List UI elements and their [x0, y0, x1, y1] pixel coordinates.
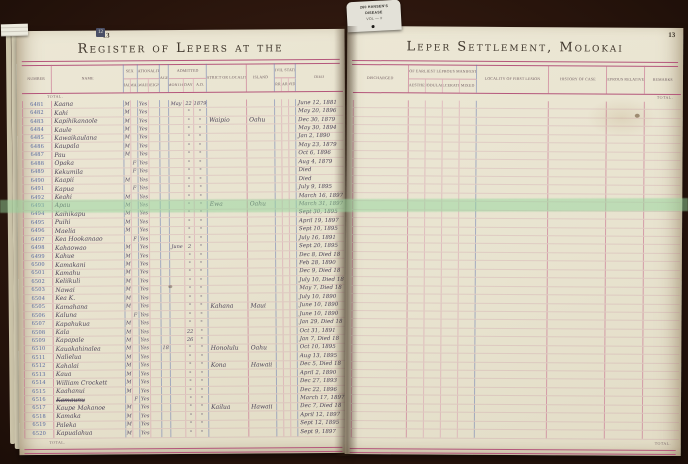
nationality-foreigner: [150, 176, 161, 184]
admitted-day: ": [184, 134, 194, 142]
empty-cell: [643, 372, 679, 380]
age-entry: [160, 159, 169, 167]
age-entry: [160, 134, 169, 142]
name-entry-text: Kapualahua: [56, 430, 92, 437]
empty-cell: [459, 236, 476, 244]
empty-cell: [407, 328, 424, 336]
header-text: Nodular: [426, 84, 443, 88]
admitted-day: ": [185, 277, 195, 285]
admitted-day-text: ": [189, 320, 191, 326]
civil-married: [277, 420, 284, 427]
admitted-year: ": [195, 243, 208, 251]
civil-wid: [291, 386, 298, 393]
died-entry-text: Sept 10, 1895: [299, 226, 338, 232]
admitted-year: ": [196, 345, 209, 353]
header-cell: Number: [22, 65, 52, 93]
name-entry-text: Kaua: [56, 371, 72, 378]
register-number-text: 6519: [32, 422, 46, 428]
civil-wid: [291, 420, 298, 427]
empty-cell: [458, 388, 475, 396]
civil-wid: [290, 209, 297, 216]
empty-cell: [476, 177, 548, 185]
header-subcell: A.D.: [194, 79, 207, 92]
died-entry-text: July 10, Died 18: [299, 277, 344, 283]
sex-male-mark-text: M: [126, 278, 131, 284]
age-entry: [162, 404, 171, 412]
register-number: 6517: [24, 405, 54, 413]
empty-cell: [460, 134, 477, 142]
sex-male-mark-text: M: [125, 245, 130, 251]
civil-married: [276, 209, 283, 216]
sex-female-mark-text: F: [133, 160, 137, 166]
empty-cell: [548, 262, 606, 270]
admitted-day-text: ": [189, 303, 191, 309]
admitted-day-text: ": [187, 109, 189, 115]
died-entry-text: Sept 30, 1895: [299, 209, 338, 215]
empty-cell: [351, 345, 407, 353]
sex-male-mark-text: M: [126, 270, 131, 276]
admitted-month: [170, 286, 185, 294]
name-entry: Kapihikanaole: [52, 117, 124, 125]
civil-unmarried: [284, 411, 291, 418]
admitted-day: ": [185, 269, 195, 277]
header-cell: Leprous Relatives: [607, 66, 645, 94]
empty-cell: [442, 193, 459, 201]
empty-cell: [407, 421, 424, 429]
admitted-year: 1879: [194, 100, 207, 108]
sex-male-mark: M: [125, 193, 132, 200]
admitted-day-text: ": [189, 388, 191, 394]
admitted-year-text: ": [199, 134, 201, 140]
civil-unmarried: [282, 125, 289, 132]
island-entry: [248, 217, 276, 225]
age-entry: [161, 210, 170, 218]
empty-cell: [407, 353, 424, 361]
header-cell: District or Locality: [207, 64, 247, 92]
register-number-text: 6500: [31, 262, 45, 268]
admitted-day: ": [186, 387, 196, 395]
nationality-foreigner: [149, 134, 160, 142]
header-text: History of Case: [560, 77, 596, 81]
empty-cell: [606, 161, 644, 169]
empty-cell: [643, 389, 679, 397]
district-entry: [208, 218, 248, 226]
nationality-hawaiian: Yes: [140, 421, 151, 429]
empty-cell: [548, 169, 606, 177]
empty-cell: [458, 320, 475, 328]
empty-cell: [548, 312, 606, 320]
empty-cell: [606, 228, 644, 236]
island-entry: [248, 310, 276, 318]
name-entry-text: Kahue: [55, 253, 74, 260]
civil-married: [276, 302, 283, 309]
sex-male-mark: [124, 168, 131, 175]
island-entry: [248, 260, 276, 268]
empty-cell: [606, 194, 644, 202]
civil-wid: [290, 200, 297, 207]
admitted-year-text: ": [199, 151, 201, 157]
sex-male-mark-text: M: [125, 177, 130, 183]
district-entry: [208, 175, 248, 183]
civil-wid: [290, 260, 297, 267]
admitted-year: ": [196, 404, 209, 412]
died-entry-text: April 12, 1897: [300, 412, 340, 418]
empty-cell: [425, 252, 442, 260]
empty-cell: [441, 337, 458, 345]
empty-cell: [606, 262, 644, 270]
name-entry-text: Kapahukua: [56, 320, 90, 327]
district-entry: Honolulu: [209, 344, 249, 352]
admitted-year-text: ": [199, 126, 201, 132]
civil-unmarried: [284, 395, 291, 402]
name-entry-text: Kea Hookanaao: [55, 236, 103, 243]
sex-male-mark: M: [126, 328, 133, 335]
civil-married: [275, 99, 282, 106]
island-entry: [249, 412, 277, 420]
island-entry: Oahu: [248, 201, 276, 209]
empty-cell: [644, 220, 680, 228]
nationality-hawaiian: Yes: [139, 294, 150, 302]
admitted-day-text: ": [189, 396, 191, 402]
empty-cell: [645, 119, 681, 127]
nationality-foreigner: [150, 286, 161, 294]
edge-label-sticker: [1, 24, 28, 37]
civil-married: [277, 336, 284, 343]
empty-cell: [443, 109, 460, 117]
empty-cell: [424, 362, 441, 370]
admitted-day: ": [186, 370, 196, 378]
nationality-hawaiian: Yes: [138, 126, 149, 134]
empty-cell: [408, 168, 425, 176]
nationality-hawaiian: Yes: [140, 320, 151, 328]
edge-page-number: 12: [96, 28, 105, 37]
name-entry: Kaupe Makanoe: [54, 404, 126, 412]
empty-cell: [476, 185, 548, 193]
register-number: 6503: [23, 287, 53, 295]
civil-married: [275, 125, 282, 132]
empty-cell: [644, 313, 680, 321]
died-entry: June 10, 1890: [297, 310, 344, 318]
admitted-day-text: ": [189, 371, 191, 377]
empty-cell: [475, 379, 547, 387]
register-number: 6519: [24, 422, 54, 430]
civil-unmarried: [282, 116, 289, 123]
empty-cell: [351, 412, 407, 420]
sex-female-mark: [131, 109, 138, 116]
civil-unmarried: [284, 352, 291, 359]
district-entry: [209, 429, 249, 437]
died-entry-text: Aug 13, 1895: [300, 353, 337, 359]
age-entry: [161, 227, 170, 235]
empty-cell: [443, 134, 460, 142]
island-entry-text: Oahu: [251, 344, 267, 351]
empty-cell: [441, 413, 458, 421]
civil-wid: [290, 310, 297, 317]
empty-cell: [458, 404, 475, 412]
name-entry: Kahalai: [54, 362, 126, 370]
nationality-hawaiian-text: Yes: [139, 126, 147, 132]
empty-cell: [441, 320, 458, 328]
civil-wid: [289, 167, 296, 174]
empty-cell: [408, 235, 425, 243]
nationality-hawaiian: Yes: [139, 193, 150, 201]
header-group: Island: [247, 63, 275, 91]
empty-cell: [442, 303, 459, 311]
header-cell: Remarks: [645, 66, 681, 94]
empty-cell: [606, 270, 644, 278]
empty-cell: [458, 396, 475, 404]
island-entry: [247, 133, 275, 141]
nationality-hawaiian: Yes: [138, 159, 149, 167]
nationality-foreigner: [149, 142, 160, 150]
sex-male-mark: [125, 235, 132, 242]
district-entry: [208, 226, 248, 234]
header-subcell: Day: [184, 79, 194, 92]
died-entry: Sept 20, 1895: [297, 242, 344, 250]
sex-male-mark-text: M: [126, 337, 131, 343]
register-number: 6520: [24, 430, 54, 438]
admitted-day-text: ": [188, 185, 190, 191]
district-entry: [207, 150, 247, 158]
admitted-month: [171, 362, 186, 370]
civil-unmarried: [282, 99, 289, 106]
civil-unmarried: [282, 133, 289, 140]
empty-cell: [548, 211, 606, 219]
empty-cell: [424, 430, 441, 438]
nationality-foreigner: [150, 269, 161, 277]
admitted-month: [170, 302, 185, 310]
empty-cell: [549, 110, 607, 118]
empty-cell: [408, 176, 425, 184]
sex-female-mark: [133, 320, 140, 327]
island-entry: [249, 420, 277, 428]
sex-male-mark: M: [126, 362, 133, 369]
header-group: Age: [160, 64, 169, 92]
age-entry: [160, 100, 169, 108]
empty-cell: [606, 237, 644, 245]
district-entry: [209, 336, 249, 344]
name-entry-text: Pau: [54, 152, 65, 159]
empty-cell: [607, 110, 645, 118]
name-entry: Nalielua: [54, 354, 126, 362]
empty-cell: [408, 159, 425, 167]
sex-male-mark-text: M: [127, 405, 132, 411]
name-entry: Paleka: [54, 421, 126, 429]
civil-unmarried: [283, 243, 290, 250]
empty-cell: [476, 194, 548, 202]
nationality-foreigner: [149, 151, 160, 159]
age-entry: [161, 176, 170, 184]
admitted-month: [170, 176, 185, 184]
empty-cell: [607, 144, 645, 152]
header-group-label: Name of Earliest Leprous Manifestation: [409, 64, 477, 80]
empty-cell: [441, 396, 458, 404]
nationality-hawaiian: Yes: [139, 252, 150, 260]
admitted-day-text: ": [188, 202, 190, 208]
empty-cell: [605, 431, 643, 439]
empty-cell: [425, 160, 442, 168]
admitted-month: [169, 117, 184, 125]
nationality-hawaiian-text: Yes: [139, 177, 147, 183]
name-entry-text: Kahaowao: [55, 244, 87, 251]
header-group: SexMaleFemale: [124, 64, 138, 92]
empty-cell: [441, 371, 458, 379]
died-entry-text: May 30, 1894: [298, 125, 336, 131]
admitted-day: ": [186, 361, 196, 369]
sex-male-mark-text: M: [124, 101, 129, 107]
island-entry: [249, 352, 277, 360]
died-entry: March 16, 1897: [297, 192, 344, 200]
admitted-day-text: ": [188, 227, 190, 233]
island-entry: [249, 336, 277, 344]
header-cell: Island: [247, 63, 275, 91]
admitted-year: ": [196, 429, 209, 437]
empty-cell: [607, 118, 645, 126]
empty-cell: [408, 261, 425, 269]
island-entry: [247, 99, 275, 107]
empty-cell: [644, 262, 680, 270]
empty-cell: [352, 176, 408, 184]
header-group: Leprous Relatives: [607, 66, 645, 94]
nationality-hawaiian-text: Yes: [140, 236, 148, 242]
civil-unmarried: [284, 386, 291, 393]
header-subcell: Anaesthetic: [409, 80, 426, 93]
admitted-year-text: ": [200, 244, 202, 250]
header-subcell: Unmarried: [282, 79, 289, 92]
admitted-year: ": [194, 108, 207, 116]
nationality-foreigner: [151, 370, 162, 378]
empty-cell: [408, 193, 425, 201]
empty-cell: [547, 422, 605, 430]
sex-female-mark: [132, 176, 139, 183]
died-entry-text: Dec 5, Died 18: [300, 361, 341, 367]
age-entry: [161, 294, 170, 302]
register-number-text: 6482: [30, 110, 44, 116]
island-entry: [248, 175, 276, 183]
civil-married: [276, 310, 283, 317]
admitted-month: [171, 395, 186, 403]
admitted-year-text: ": [201, 345, 203, 351]
civil-wid: [289, 125, 296, 132]
nationality-hawaiian-text: Yes: [140, 211, 148, 217]
sex-female-mark: [133, 345, 140, 352]
nationality-foreigner: [151, 353, 162, 361]
name-entry-text: Kea K.: [55, 295, 75, 302]
sex-male-mark: [125, 311, 132, 318]
admitted-month: [170, 184, 185, 192]
name-entry: Kaupala: [52, 143, 124, 151]
sex-female-mark: [133, 353, 140, 360]
civil-married: [277, 411, 284, 418]
register-number: 6513: [24, 371, 54, 379]
empty-cell: [409, 109, 426, 117]
empty-cell: [425, 176, 442, 184]
island-entry-text: Hawaii: [251, 361, 272, 368]
civil-married: [275, 133, 282, 140]
admitted-year-text: 1879: [194, 101, 207, 107]
header-text: Age: [160, 76, 168, 80]
empty-cell: [458, 379, 475, 387]
age-entry: [161, 218, 170, 226]
empty-cell: [424, 337, 441, 345]
admitted-day: ": [186, 319, 196, 327]
nationality-hawaiian: Yes: [140, 429, 151, 437]
admitted-year: ": [195, 302, 208, 310]
left-page: 13 Register of Lepers at the NumberNameS…: [17, 29, 348, 455]
nationality-foreigner: [151, 362, 162, 370]
empty-cell: [409, 143, 426, 151]
header-subrow: MarriedUnmarriedWid.: [275, 79, 296, 92]
name-entry-text: Kaule: [54, 126, 71, 133]
empty-cell: [408, 218, 425, 226]
empty-cell: [460, 109, 477, 117]
register-number-text: 6501: [31, 270, 45, 276]
header-cell: Age: [160, 64, 169, 92]
empty-cell: [606, 211, 644, 219]
empty-cell: [645, 136, 681, 144]
admitted-month: [169, 151, 184, 159]
empty-cell: [425, 261, 442, 269]
admitted-year-text: ": [201, 404, 203, 410]
nationality-hawaiian-text: Yes: [141, 354, 149, 360]
civil-unmarried: [284, 361, 291, 368]
nationality-foreigner: [151, 345, 162, 353]
header-cell: History of Case: [549, 65, 607, 93]
empty-cell: [408, 269, 425, 277]
header-text: Died: [314, 75, 324, 79]
age-entry: [162, 319, 171, 327]
nationality-hawaiian: Yes: [140, 404, 151, 412]
empty-cell: [548, 278, 606, 286]
died-entry-text: Jan 29, Died 18: [300, 319, 343, 325]
nationality-foreigner: [150, 244, 161, 252]
sex-female-mark: [132, 294, 139, 301]
empty-cell: [477, 126, 549, 134]
register-number: 6492: [23, 194, 53, 202]
sex-female-mark: [131, 117, 138, 124]
sex-male-mark: M: [124, 151, 131, 158]
age-entry: [160, 125, 169, 133]
header-text: District or Locality: [207, 76, 247, 80]
civil-married: [276, 251, 283, 258]
register-number-text: 6503: [32, 287, 46, 293]
header-subcell: Nodular: [426, 80, 443, 93]
island-entry: Maui: [248, 302, 276, 310]
civil-unmarried: [283, 217, 290, 224]
civil-wid: [291, 403, 298, 410]
civil-unmarried: [284, 403, 291, 410]
sex-female-mark: [132, 277, 139, 284]
nationality-hawaiian-text: Yes: [139, 185, 147, 191]
name-entry-text: Kaluna: [55, 312, 76, 319]
nationality-foreigner: [151, 320, 162, 328]
name-entry-text: Kaupe Makanoe: [56, 405, 105, 412]
header-group-label: Sex: [124, 64, 138, 80]
empty-cell: [442, 210, 459, 218]
admitted-month: [170, 227, 185, 235]
empty-cell: [605, 422, 643, 430]
empty-cell: [352, 184, 408, 192]
admitted-year: ": [196, 395, 209, 403]
admitted-month: [171, 378, 186, 386]
sex-male-mark-text: M: [125, 219, 130, 225]
sex-male-mark-text: M: [126, 295, 131, 301]
island-entry: [247, 142, 275, 150]
nationality-hawaiian-text: Yes: [139, 101, 147, 107]
island-entry: [249, 378, 277, 386]
empty-cell: [477, 151, 549, 159]
sex-female-mark: [133, 412, 140, 419]
